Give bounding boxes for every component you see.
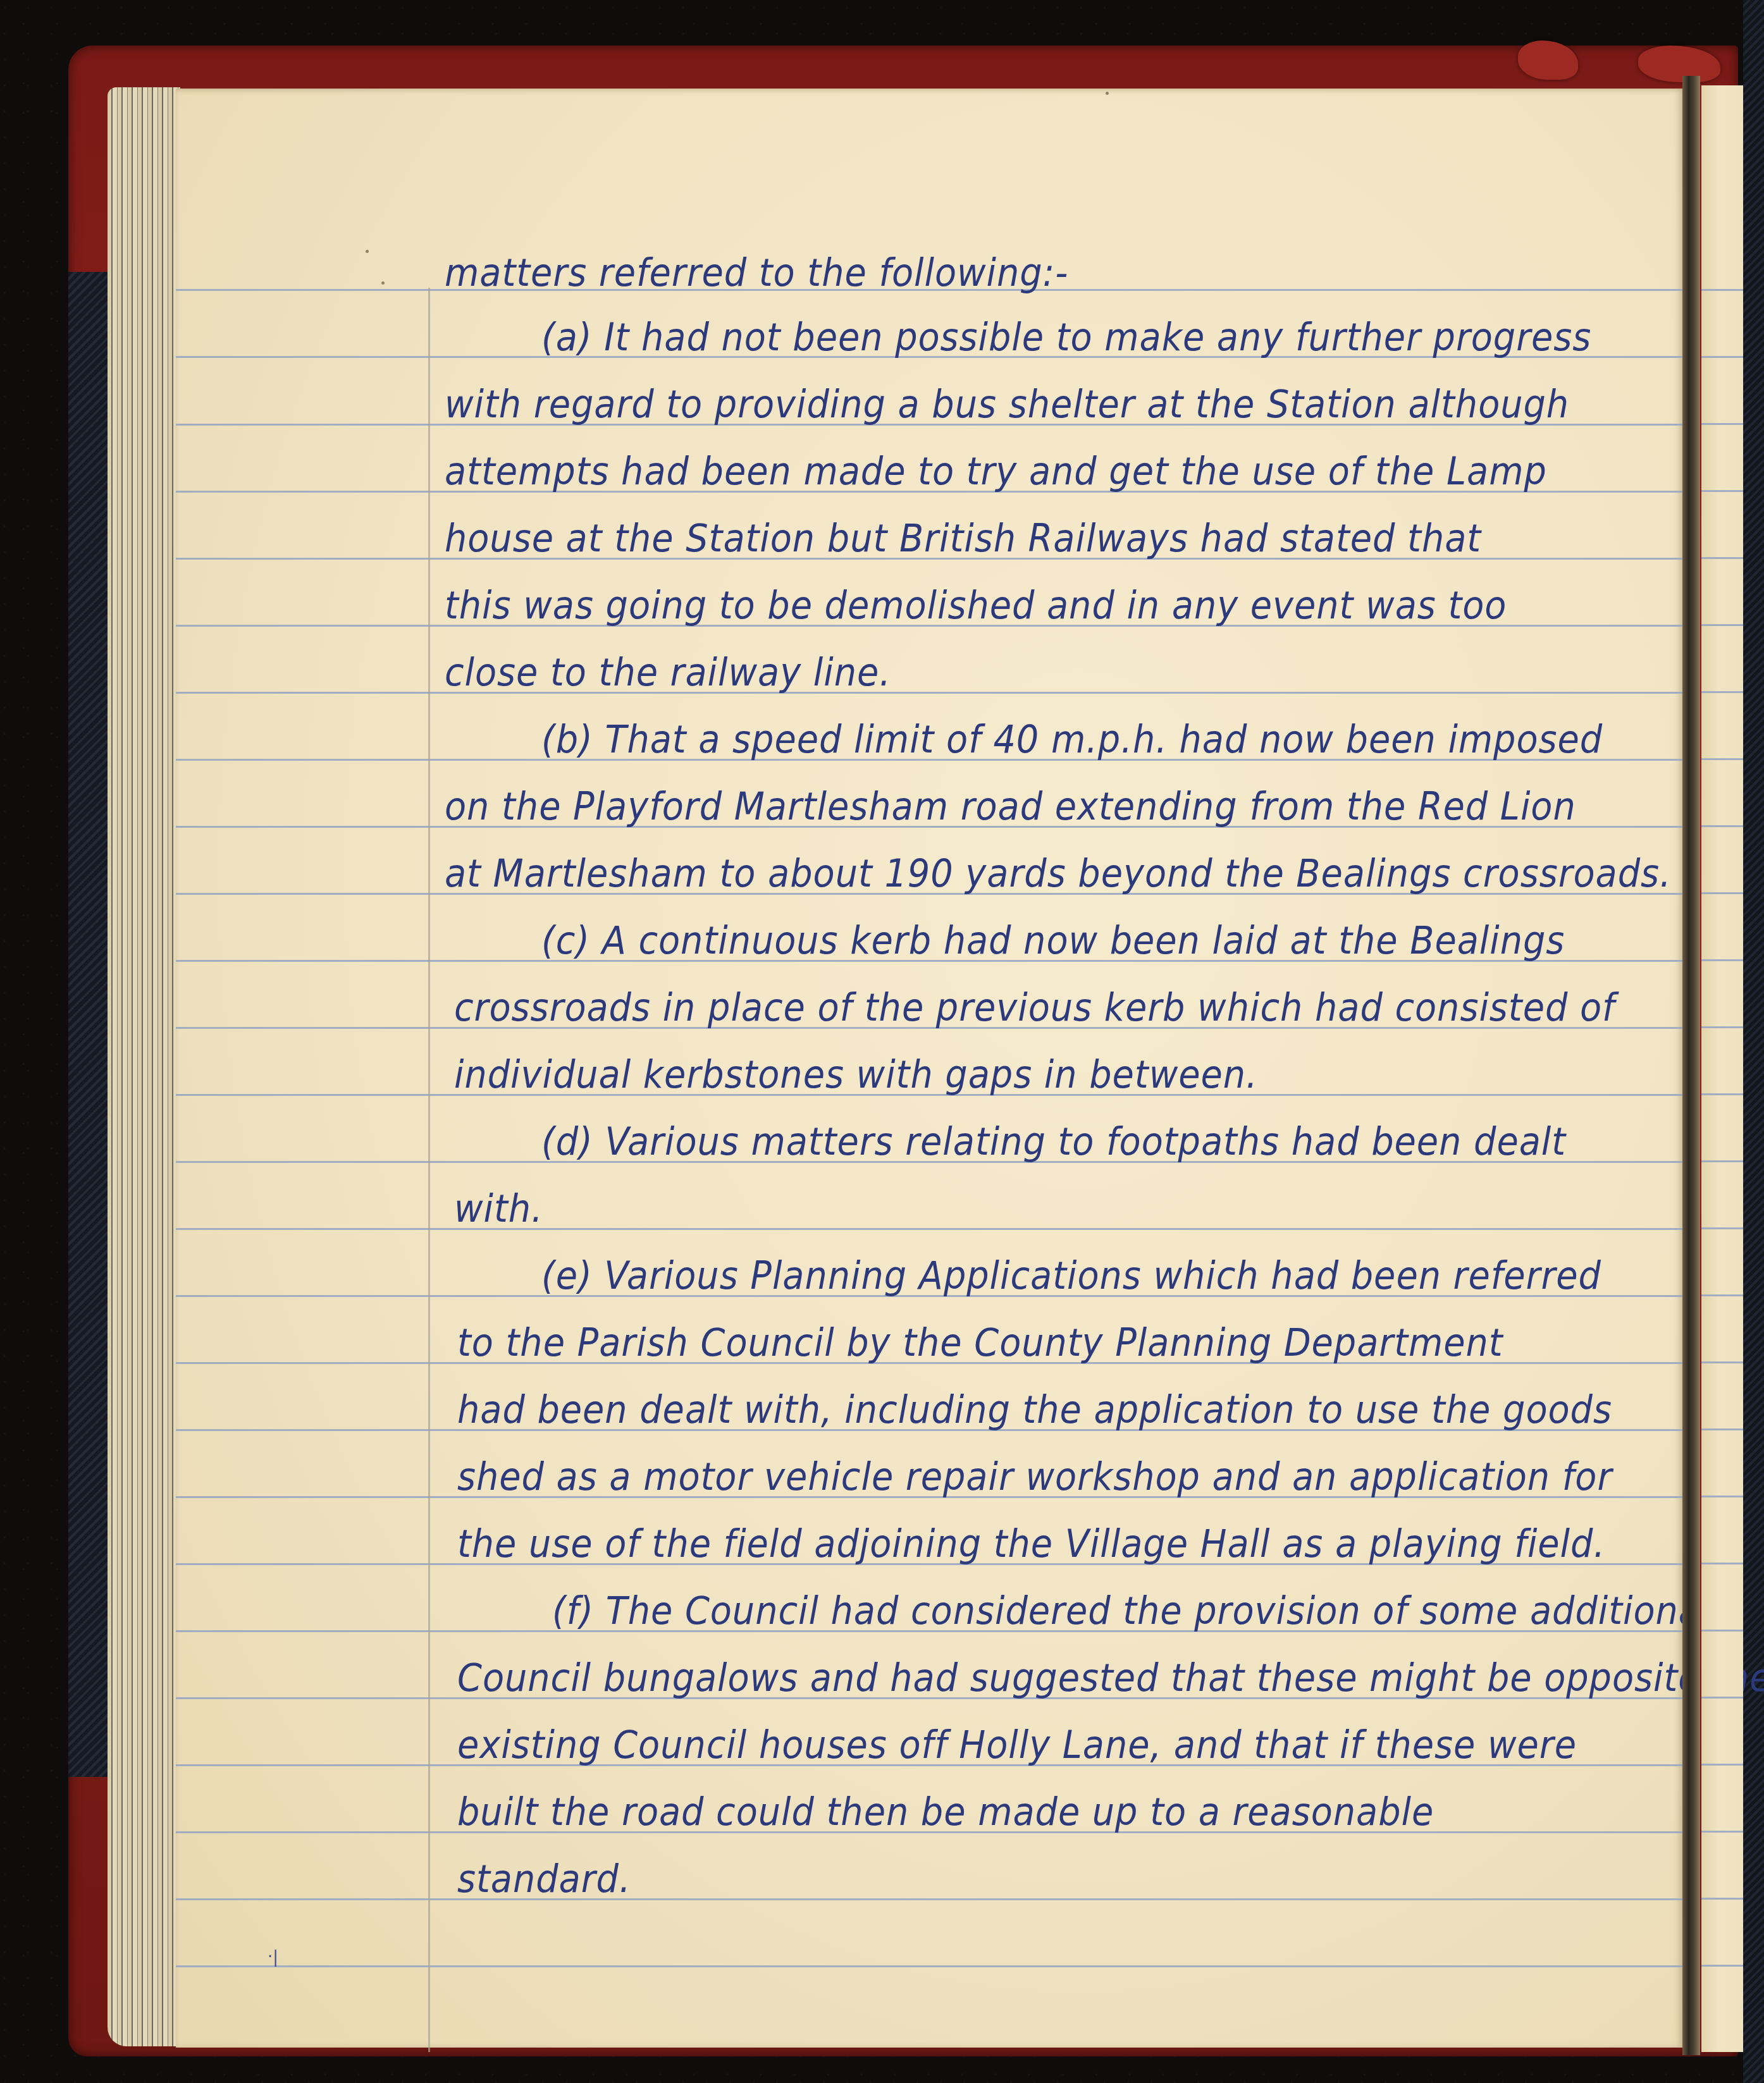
ruled-line bbox=[1701, 825, 1743, 827]
handwritten-line: attempts had been made to try and get th… bbox=[445, 453, 1547, 491]
handwritten-line: this was going to be demolished and in a… bbox=[445, 587, 1507, 625]
ruled-line bbox=[1701, 557, 1743, 559]
ruled-line bbox=[1701, 1026, 1743, 1028]
handwritten-line: with. bbox=[454, 1190, 543, 1228]
handwritten-line: Council bungalows and had suggested that… bbox=[457, 1659, 1764, 1697]
handwritten-line: the use of the field adjoining the Villa… bbox=[457, 1525, 1605, 1563]
notebook-page: matters referred to the following:- (a) … bbox=[176, 89, 1682, 2048]
book-cover-cloth-edge bbox=[1743, 0, 1764, 2083]
ruled-line bbox=[176, 1228, 1682, 1230]
ruled-line bbox=[176, 1898, 1682, 1900]
stray-ink-mark: ·| bbox=[268, 1948, 278, 1967]
ruled-line bbox=[1701, 1898, 1743, 1900]
handwritten-line: existing Council houses off Holly Lane, … bbox=[457, 1726, 1577, 1764]
ruled-line bbox=[1701, 1093, 1743, 1095]
ruled-line bbox=[1701, 892, 1743, 894]
handwritten-line: crossroads in place of the previous kerb… bbox=[454, 989, 1615, 1027]
ruled-line bbox=[1701, 1160, 1743, 1162]
book-gutter bbox=[1682, 76, 1700, 2055]
handwritten-line: close to the railway line. bbox=[445, 654, 891, 692]
facing-page-edge bbox=[1701, 85, 1743, 2052]
paper-spot bbox=[381, 281, 385, 285]
ruled-line bbox=[1701, 1361, 1743, 1363]
ruled-line bbox=[1701, 356, 1743, 358]
handwritten-line-item-d: (d) Various matters relating to footpath… bbox=[541, 1123, 1566, 1161]
paper-spot bbox=[1106, 92, 1109, 95]
ruled-line bbox=[1701, 758, 1743, 760]
page-fore-edge-stack bbox=[108, 87, 180, 2046]
handwritten-line-item-c: (c) A continuous kerb had now been laid … bbox=[541, 922, 1565, 960]
handwritten-line: house at the Station but British Railway… bbox=[445, 520, 1481, 558]
handwritten-line: with regard to providing a bus shelter a… bbox=[445, 386, 1569, 424]
paper-spot bbox=[366, 250, 369, 253]
handwritten-line-item-a: (a) It had not been possible to make any… bbox=[541, 319, 1591, 357]
ruled-line bbox=[176, 1965, 1682, 1967]
handwritten-line: to the Parish Council by the County Plan… bbox=[457, 1324, 1503, 1362]
handwritten-line: at Martlesham to about 190 yards beyond … bbox=[445, 855, 1672, 893]
handwritten-line: built the road could then be made up to … bbox=[457, 1793, 1434, 1831]
handwritten-line-item-f: (f) The Council had considered the provi… bbox=[552, 1592, 1711, 1630]
ruled-line bbox=[1701, 1496, 1743, 1497]
ruled-line bbox=[1701, 1764, 1743, 1766]
ruled-line bbox=[1701, 1630, 1743, 1631]
ruled-line bbox=[1701, 1831, 1743, 1833]
handwritten-line: shed as a motor vehicle repair workshop … bbox=[457, 1458, 1612, 1496]
handwritten-line-item-e: (e) Various Planning Applications which … bbox=[541, 1257, 1601, 1295]
ruled-line bbox=[1701, 1294, 1743, 1296]
ruled-line bbox=[1701, 624, 1743, 626]
ruled-line bbox=[1701, 490, 1743, 492]
handwritten-line: standard. bbox=[457, 1860, 631, 1898]
ruled-line bbox=[1701, 1965, 1743, 1967]
handwritten-line: matters referred to the following:- bbox=[445, 254, 1068, 292]
handwritten-line: had been dealt with, including the appli… bbox=[457, 1391, 1612, 1429]
handwritten-line: on the Playford Martlesham road extendin… bbox=[445, 788, 1576, 826]
ruled-line bbox=[1701, 1227, 1743, 1229]
ruled-line bbox=[1701, 1429, 1743, 1430]
margin-line bbox=[428, 288, 430, 2052]
handwritten-line-item-b: (b) That a speed limit of 40 m.p.h. had … bbox=[541, 721, 1603, 759]
ruled-line bbox=[1701, 1697, 1743, 1699]
ruled-line bbox=[176, 692, 1682, 694]
ruled-line bbox=[1701, 959, 1743, 961]
ruled-line bbox=[1701, 423, 1743, 425]
ruled-line bbox=[1701, 289, 1743, 291]
ruled-line bbox=[1701, 1563, 1743, 1564]
ruled-line bbox=[1701, 691, 1743, 693]
handwritten-line: individual kerbstones with gaps in betwe… bbox=[454, 1056, 1258, 1094]
